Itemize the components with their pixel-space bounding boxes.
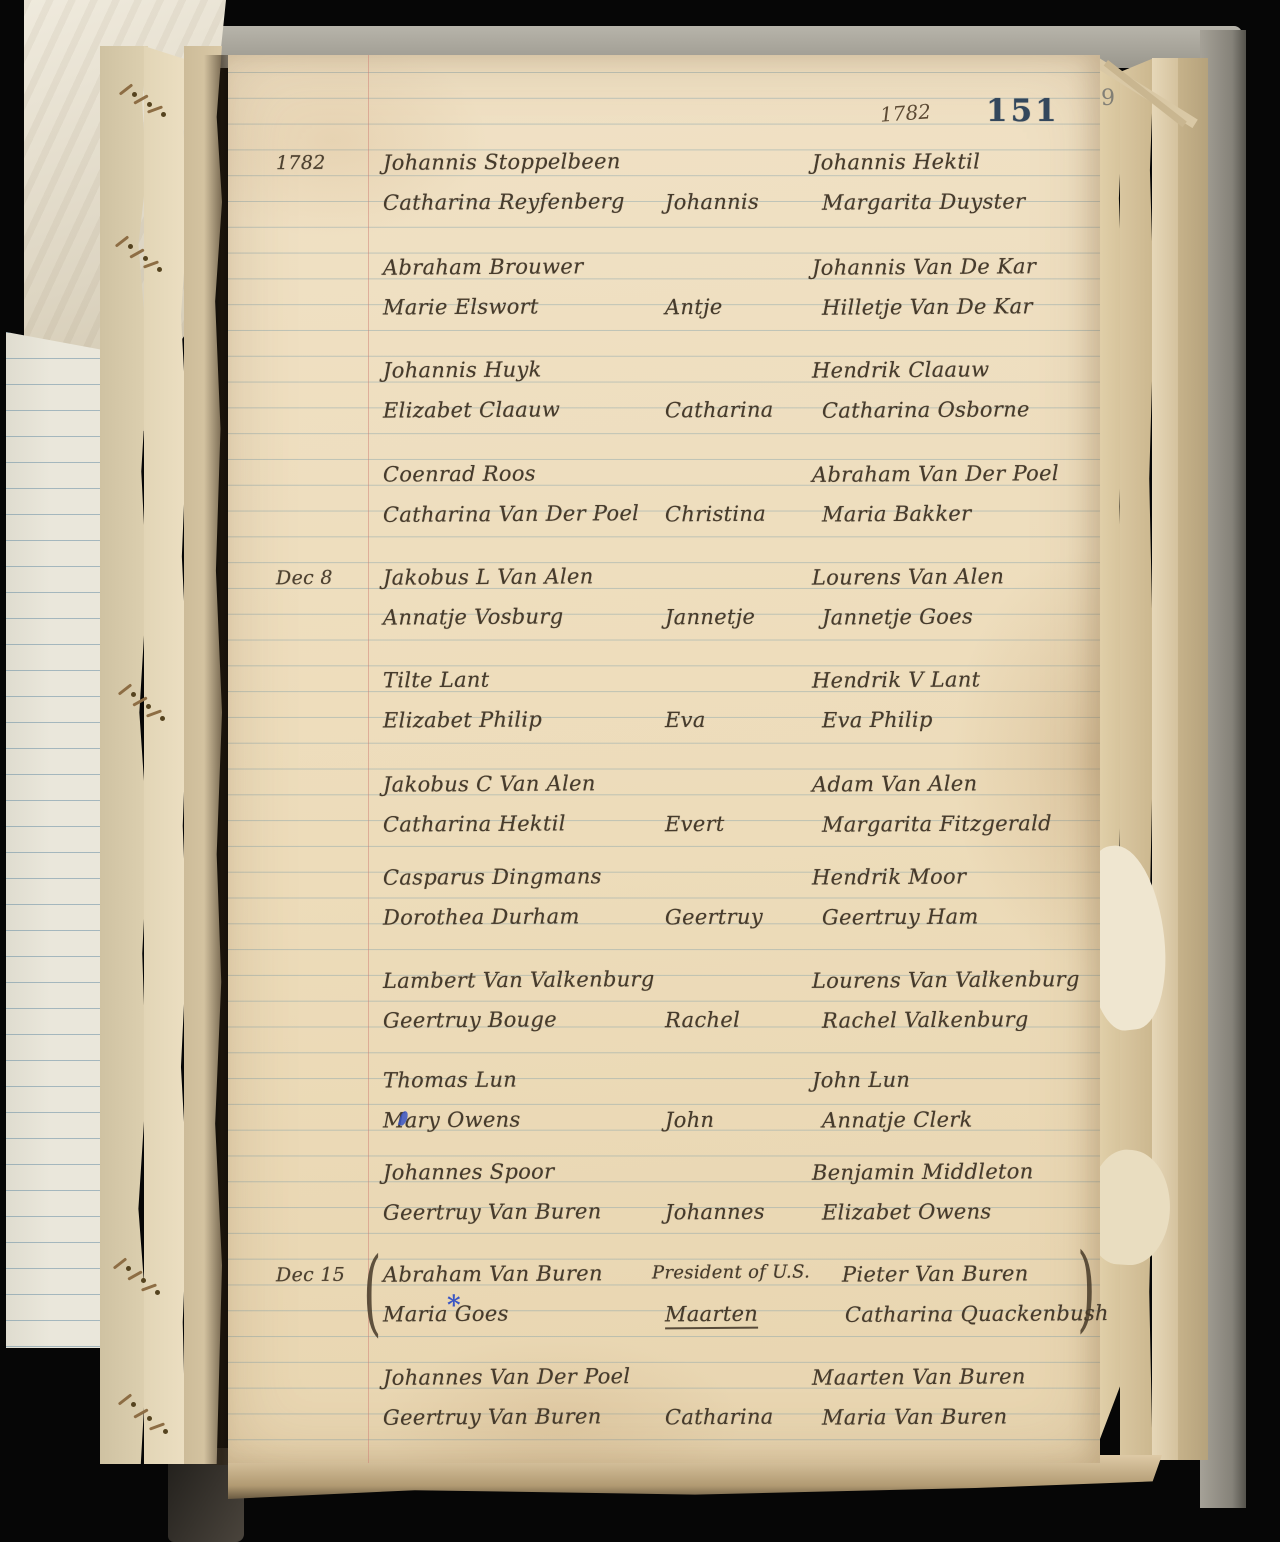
parent-name-1: Abraham Brouwer (383, 254, 584, 279)
binding-hole (157, 267, 162, 272)
child-name: Rachel (665, 1008, 740, 1033)
parent-name-2: Annatje Vosburg (383, 604, 564, 629)
witness-name-2: Catharina Osborne (822, 397, 1030, 422)
register-entry: Thomas LunMary OwensJohnJohn LunAnnatje … (228, 1068, 1100, 1158)
parent-name-1: Johannis Stoppelbeen (383, 149, 621, 175)
register-entry: Johannis HuykElizabet ClaauwCatharinaHen… (228, 358, 1100, 448)
witness-name-1: Johannis Hektil (812, 149, 980, 174)
child-name: Eva (665, 708, 706, 732)
parent-name-1: Johannis Huyk (383, 357, 542, 382)
binding-hole (126, 1266, 131, 1271)
witness-name-1: Hendrik V Lant (812, 667, 981, 692)
parent-name-2: Geertruy Van Buren (383, 1199, 602, 1225)
witness-name-2: Hilletje Van De Kar (822, 294, 1033, 319)
witness-name-1: Lourens Van Alen (812, 564, 1004, 589)
register-page: 151 1782 1782Johannis StoppelbeenCathari… (228, 55, 1100, 1463)
child-name: Johannis (665, 190, 759, 215)
parent-name-1: Johannes Spoor (383, 1159, 555, 1184)
register-entry: Dec 8Jakobus L Van AlenAnnatje VosburgJa… (228, 565, 1100, 655)
register-entry: Casparus DingmansDorothea DurhamGeertruy… (228, 865, 1100, 955)
torn-page-stub (144, 46, 188, 1464)
binding-hole (147, 1416, 152, 1421)
binding-hole (131, 692, 136, 697)
child-name: Maarten (665, 1302, 758, 1327)
register-entry: Lambert Van ValkenburgGeertruy BougeRach… (228, 968, 1100, 1058)
underpage-number-fragment: 9 (1101, 86, 1115, 111)
witness-name-2: Margarita Fitzgerald (822, 811, 1052, 837)
witness-name-2: Geertruy Ham (822, 904, 979, 929)
child-name: Geertruy (665, 905, 763, 930)
entry-open-parenthesis: ( (363, 1246, 381, 1340)
witness-name-1: Johannis Van De Kar (812, 254, 1036, 280)
witness-name-1: Hendrik Moor (812, 864, 966, 889)
register-entry: Dec 15Abraham Van BurenMaria GoesPreside… (228, 1262, 1100, 1352)
child-name: Evert (665, 812, 725, 836)
binding-hole (160, 716, 165, 721)
child-name: Jannetje (665, 605, 755, 630)
page-edge-stack (1178, 58, 1208, 1460)
child-name: Antje (665, 295, 723, 319)
witness-name-2: Jannetje Goes (822, 604, 973, 629)
margin-date: 1782 (276, 152, 326, 174)
witness-name-1: Lourens Van Valkenburg (812, 967, 1080, 993)
witness-name-2: Elizabet Owens (822, 1199, 992, 1224)
witness-name-1: Maarten Van Buren (812, 1364, 1026, 1389)
parent-name-1: Jakobus L Van Alen (383, 564, 594, 589)
child-name: Catharina (665, 1405, 774, 1430)
register-entry: Johannes SpoorGeertruy Van BurenJohannes… (228, 1160, 1100, 1250)
binding-hole (163, 1429, 168, 1434)
printed-page-number: 151 (986, 93, 1060, 129)
margin-date: Dec 15 (276, 1264, 345, 1286)
photograph-of-register-book: 9 151 1782 1782Johannis StoppelbeenCatha… (0, 0, 1280, 1542)
binding-hole (161, 112, 166, 117)
register-entry: Johannes Van Der PoelGeertruy Van BurenC… (228, 1365, 1100, 1455)
parent-name-1: Casparus Dingmans (383, 864, 602, 890)
parent-name-1: Thomas Lun (383, 1068, 517, 1093)
witness-name-2: Margarita Duyster (822, 189, 1026, 214)
parent-name-2: Marie Elswort (383, 294, 539, 319)
child-name: Catharina (665, 398, 774, 423)
parent-name-1: Johannes Van Der Poel (383, 1364, 631, 1390)
register-entry: 1782Johannis StoppelbeenCatharina Reyfen… (228, 150, 1100, 240)
parent-name-2: Geertruy Bouge (383, 1007, 557, 1032)
binding-hole (147, 102, 152, 107)
parent-name-2: Catharina Van Der Poel (383, 501, 639, 527)
parent-name-2: Catharina Reyfenberg (383, 189, 625, 215)
register-entry: Coenrad RoosCatharina Van Der PoelChrist… (228, 462, 1100, 552)
witness-name-2: Maria Van Buren (822, 1404, 1008, 1429)
handwritten-year: 1782 (879, 99, 931, 126)
entry-close-parenthesis: ) (1077, 1242, 1095, 1336)
child-name: John (665, 1108, 714, 1132)
lined-facing-page-edge (6, 332, 116, 1348)
binding-hole (155, 1290, 160, 1295)
parent-name-2: Maria Goes (383, 1302, 509, 1327)
parent-name-2: Catharina Hektil (383, 811, 566, 836)
presidential-note: President of U.S. (652, 1261, 810, 1283)
binding-hole (143, 256, 148, 261)
register-entry: Tilte LantElizabet PhilipEvaHendrik V La… (228, 668, 1100, 758)
witness-name-1: Pieter Van Buren (842, 1261, 1029, 1286)
witness-name-2: Maria Bakker (822, 501, 972, 526)
parent-name-1: Tilte Lant (383, 668, 490, 693)
witness-name-2: Annatje Clerk (822, 1107, 973, 1132)
witness-name-1: John Lun (812, 1068, 910, 1093)
binding-hole (141, 1278, 146, 1283)
binding-hole (128, 244, 133, 249)
underlined-child-name: Maarten (665, 1302, 758, 1330)
binding-hole (132, 92, 137, 97)
child-name: Christina (665, 502, 766, 527)
register-entry: Jakobus C Van AlenCatharina HektilEvertA… (228, 772, 1100, 862)
parent-name-2: Elizabet Philip (383, 707, 542, 732)
binding-hole (131, 1402, 136, 1407)
blue-ink-asterisk: * (447, 1291, 461, 1321)
witness-name-1: Abraham Van Der Poel (812, 461, 1059, 487)
witness-name-2: Eva Philip (822, 708, 933, 733)
parent-name-2: Geertruy Van Buren (383, 1404, 602, 1430)
register-entry: Abraham BrouwerMarie ElswortAntjeJohanni… (228, 255, 1100, 345)
child-name: Johannes (665, 1200, 765, 1225)
parent-name-1: Coenrad Roos (383, 461, 536, 486)
witness-name-1: Benjamin Middleton (812, 1159, 1034, 1185)
parent-name-1: Jakobus C Van Alen (383, 771, 596, 796)
binding-hole (146, 704, 151, 709)
witness-name-1: Adam Van Alen (812, 771, 978, 796)
parent-name-1: Abraham Van Buren (383, 1261, 603, 1287)
witness-name-2: Rachel Valkenburg (822, 1007, 1029, 1032)
parent-name-1: Lambert Van Valkenburg (383, 967, 655, 993)
witness-name-1: Hendrik Claauw (812, 357, 990, 382)
margin-date: Dec 8 (276, 567, 333, 589)
parent-name-2: Elizabet Claauw (383, 397, 560, 422)
parent-name-2: Dorothea Durham (383, 904, 580, 929)
witness-name-2: Catharina Quackenbush (845, 1301, 1109, 1327)
